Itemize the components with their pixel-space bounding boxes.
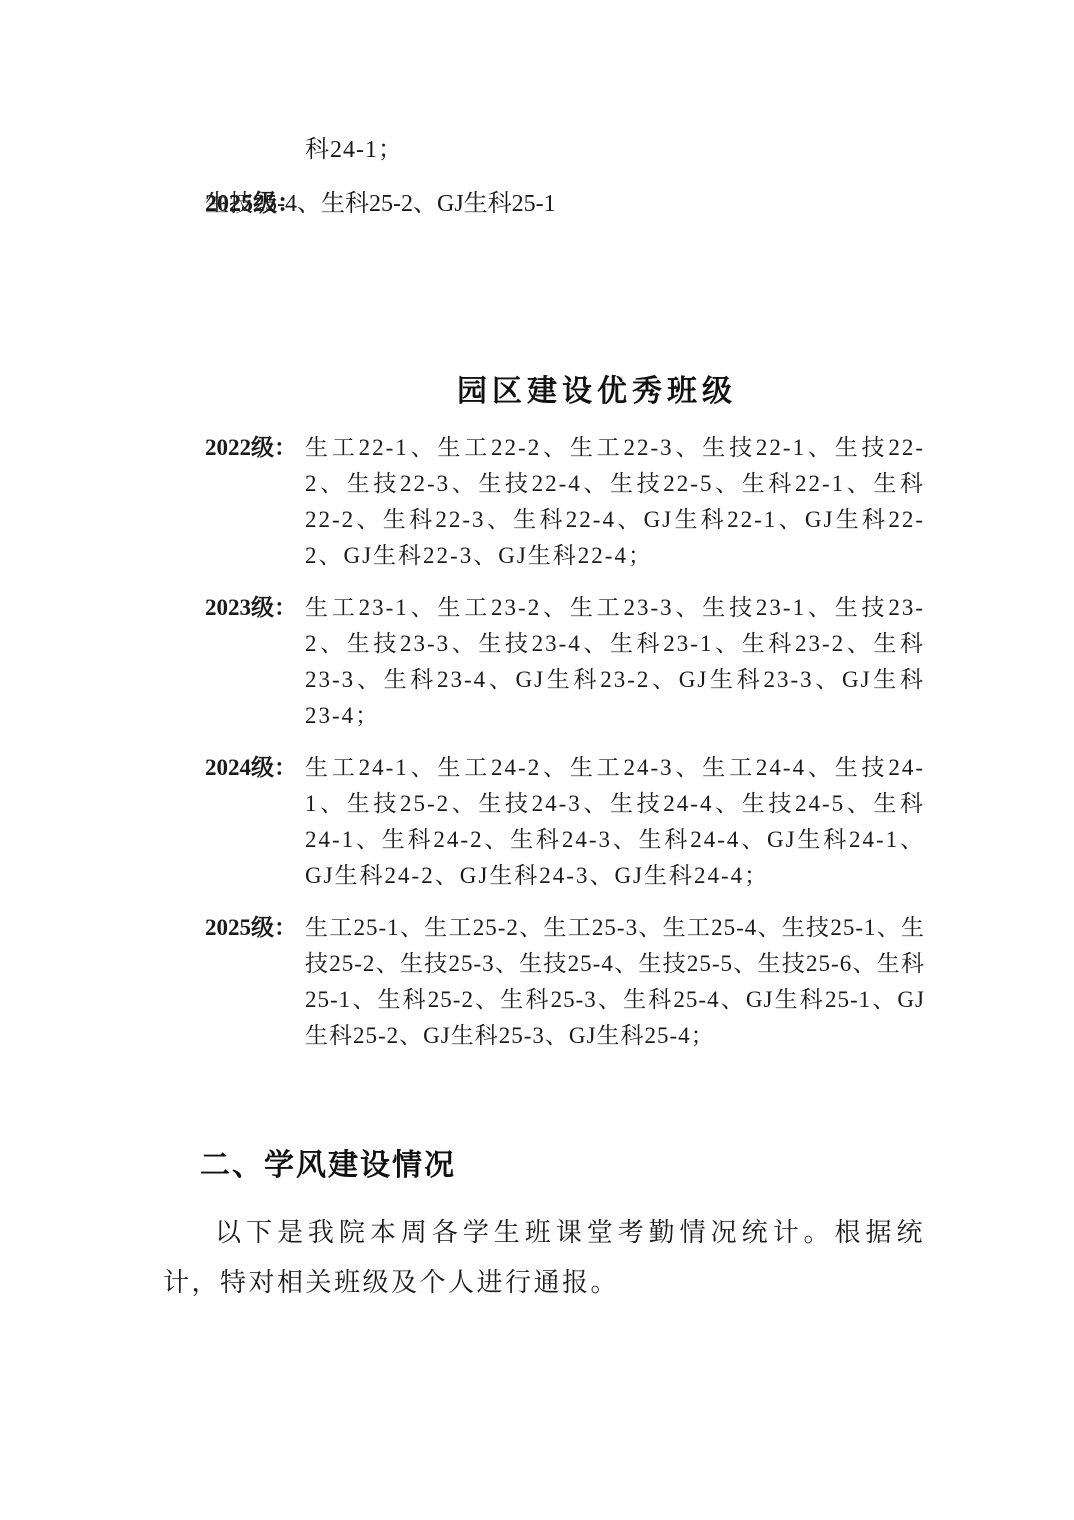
award-section-title: 园区建设优秀班级 [0,372,1074,412]
study-section-heading: 二、学风建设情况 [200,1146,456,1186]
class-entry-content: 生工23-1、生工23-2、生工23-3、生技23-1、生技23-2、生技23-… [305,590,925,734]
class-entry-label: 2022级： [205,430,297,466]
class-entry-label: 2025级： [205,910,297,946]
class-entry-2025-top: 2025级：生技25-4、生科25-2、GJ生科25-1 [205,186,556,222]
class-entry-2022: 2022级： 生工22-1、生工22-2、生工22-3、生技22-1、生技22-… [205,430,925,574]
class-entry-content: 生工22-1、生工22-2、生工22-3、生技22-1、生技22-2、生技22-… [305,430,925,574]
class-entry-label: 2023级： [205,590,297,626]
study-section-paragraph: 以下是我院本周各学生班课堂考勤情况统计。根据统计，特对相关班级及个人进行通报。 [163,1208,925,1308]
class-entry-content: 生工24-1、生工24-2、生工24-3、生工24-4、生技24-1、生技25-… [305,750,925,894]
class-entry-label: 2025级： [205,186,305,222]
document-page: 科24-1； 2025级：生技25-4、生科25-2、GJ生科25-1 园区建设… [0,0,1074,1520]
continuation-partial-line: 科24-1； [305,135,403,165]
class-entry-2023: 2023级： 生工23-1、生工23-2、生工23-3、生技23-1、生技23-… [205,590,925,734]
class-entry-2025: 2025级： 生工25-1、生工25-2、生工25-3、生工25-4、生技25-… [205,910,925,1054]
class-entry-2024: 2024级： 生工24-1、生工24-2、生工24-3、生工24-4、生技24-… [205,750,925,894]
award-class-list: 2022级： 生工22-1、生工22-2、生工22-3、生技22-1、生技22-… [205,430,925,1070]
class-entry-content: 生工25-1、生工25-2、生工25-3、生工25-4、生技25-1、生技25-… [305,910,925,1054]
class-entry-label: 2024级： [205,750,297,786]
